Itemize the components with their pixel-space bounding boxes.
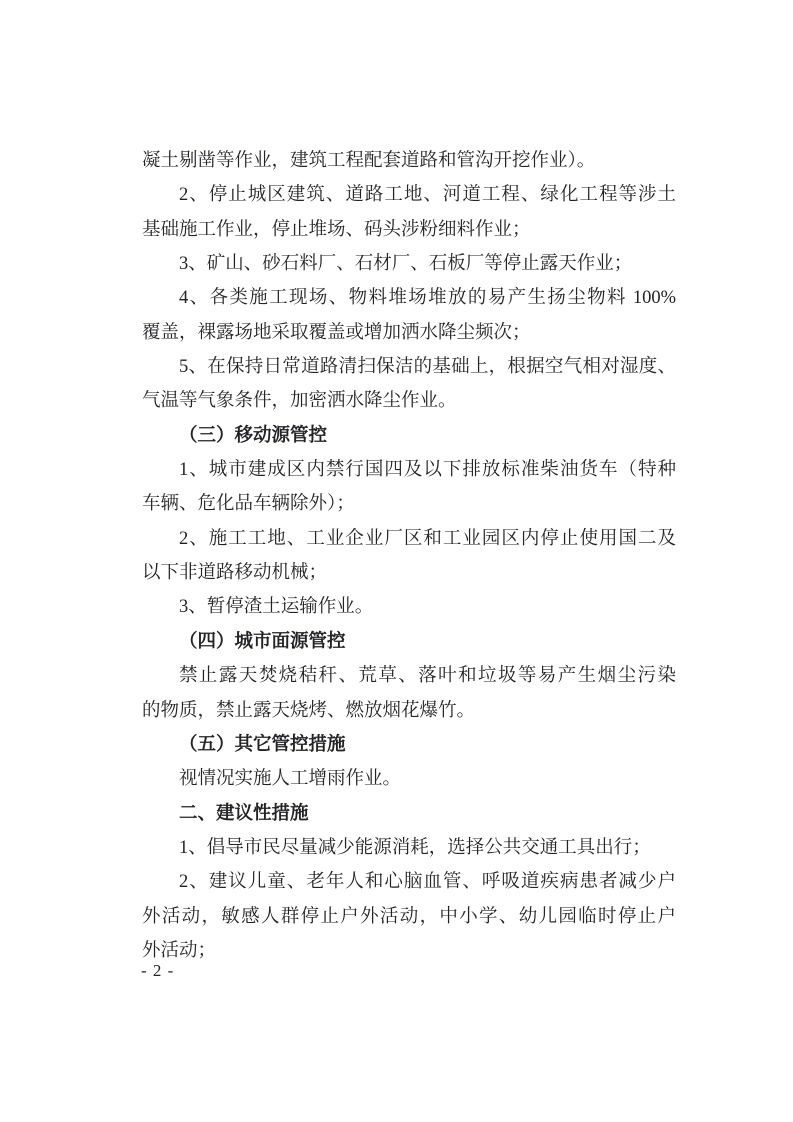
document-line: 2、建议儿童、老年人和心脑血管、呼吸道疾病患者减少户 — [142, 865, 676, 899]
document-line: 1、倡导市民尽量减少能源消耗，选择公共交通工具出行； — [142, 831, 676, 865]
document-line: 外活动，敏感人群停止户外活动，中小学、幼儿园临时停止户 — [142, 900, 676, 934]
document-body: 凝土剔凿等作业，建筑工程配套道路和管沟开挖作业）。2、停止城区建筑、道路工地、河… — [142, 144, 676, 968]
document-line: 2、停止城区建筑、道路工地、河道工程、绿化工程等涉土 — [142, 178, 676, 212]
section-heading: （三）移动源管控 — [142, 419, 676, 453]
document-line: 2、施工工地、工业企业厂区和工业园区内停止使用国二及 — [142, 522, 676, 556]
section-heading: （四）城市面源管控 — [142, 625, 676, 659]
document-line: 以下非道路移动机械； — [142, 556, 676, 590]
section-heading: 二、建议性措施 — [142, 797, 676, 831]
document-line: 禁止露天焚烧秸秆、荒草、落叶和垃圾等易产生烟尘污染 — [142, 659, 676, 693]
document-line: 3、矿山、砂石料厂、石材厂、石板厂等停止露天作业； — [142, 247, 676, 281]
document-line: 4、各类施工现场、物料堆场堆放的易产生扬尘物料 100% — [142, 281, 676, 315]
document-line: 3、暂停渣土运输作业。 — [142, 590, 676, 624]
section-heading: （五）其它管控措施 — [142, 728, 676, 762]
document-line: 外活动； — [142, 934, 676, 968]
document-line: 视情况实施人工增雨作业。 — [142, 762, 676, 796]
document-line: 的物质，禁止露天烧烤、燃放烟花爆竹。 — [142, 694, 676, 728]
document-line: 气温等气象条件，加密洒水降尘作业。 — [142, 384, 676, 418]
document-line: 凝土剔凿等作业，建筑工程配套道路和管沟开挖作业）。 — [142, 144, 676, 178]
document-line: 5、在保持日常道路清扫保洁的基础上，根据空气相对湿度、 — [142, 350, 676, 384]
document-line: 车辆、危化品车辆除外）； — [142, 487, 676, 521]
document-line: 基础施工作业，停止堆场、码头涉粉细料作业； — [142, 213, 676, 247]
page-number: - 2 - — [141, 961, 174, 981]
document-page: 凝土剔凿等作业，建筑工程配套道路和管沟开挖作业）。2、停止城区建筑、道路工地、河… — [0, 0, 793, 1122]
document-line: 覆盖，裸露场地采取覆盖或增加洒水降尘频次； — [142, 316, 676, 350]
document-line: 1、城市建成区内禁行国四及以下排放标准柴油货车（特种 — [142, 453, 676, 487]
